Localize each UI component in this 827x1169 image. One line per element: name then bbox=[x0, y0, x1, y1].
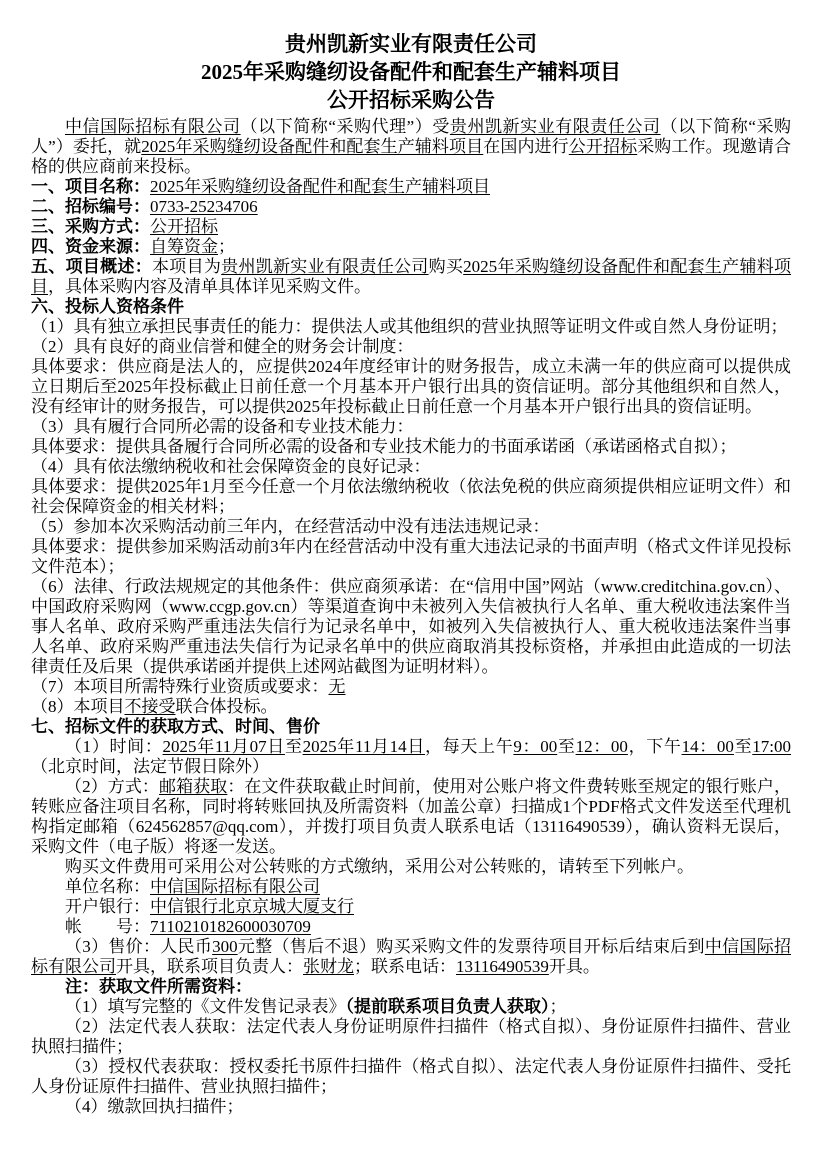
text-run: 二、招标编号： bbox=[31, 197, 150, 216]
text-run: （3）授权代表获取：授权委托书原件扫描件（格式自拟）、法定代表人身份证原件扫描件… bbox=[31, 1057, 791, 1096]
qualification-4-detail: 具体要求：提供2025年1月至今任意一个月依法缴纳税收（依法免税的供应商须提供相… bbox=[31, 477, 791, 517]
text-run: （3）具有履行合同所必需的设备和专业技术能力： bbox=[31, 417, 414, 436]
text-run: 具体要求：提供参加采购活动前3年内在经营活动中没有重大违法记录的书面声明（格式文… bbox=[31, 537, 791, 576]
account-bank: 开户银行：中信银行北京京城大厦支行 bbox=[31, 897, 791, 917]
text-run: 张财龙 bbox=[303, 957, 354, 976]
text-run: 无 bbox=[329, 677, 346, 696]
text-run: 开具。 bbox=[549, 957, 600, 976]
text-run: （2）具有良好的商业信誉和健全的财务会计制度： bbox=[31, 337, 414, 356]
text-run: （2）方式： bbox=[65, 777, 159, 796]
item-project-name: 一、项目名称：2025年采购缝纫设备配件和配套生产辅料项目 bbox=[31, 177, 791, 197]
qualification-7: （7）本项目所需特殊行业资质或要求：无 bbox=[31, 677, 791, 697]
text-run: （以下简称“采购代理”）受 bbox=[241, 117, 450, 136]
text-run: 具体要求：提供2025年1月至今任意一个月依法缴纳税收（依法免税的供应商须提供相… bbox=[31, 477, 791, 516]
text-run: 至 bbox=[557, 737, 575, 756]
qualification-5-detail: 具体要求：提供参加采购活动前3年内在经营活动中没有重大违法记录的书面声明（格式文… bbox=[31, 537, 791, 577]
qualification-2: （2）具有良好的商业信誉和健全的财务会计制度： bbox=[31, 337, 791, 357]
section-document-acquisition-heading: 七、招标文件的获取方式、时间、售价 bbox=[31, 717, 791, 737]
text-run: ，下午 bbox=[628, 737, 682, 756]
text-run: 中信国际招标有限公司 bbox=[65, 117, 241, 136]
required-materials-heading: 注：获取文件所需资料： bbox=[31, 977, 791, 997]
text-run: 公开招标 bbox=[569, 137, 637, 156]
account-unit-name: 单位名称：中信国际招标有限公司 bbox=[31, 877, 791, 897]
text-run: 2025年11月14日 bbox=[303, 737, 425, 756]
text-run: 四、资金来源： bbox=[31, 237, 150, 256]
text-run: （6）法律、行政法规规定的其他条件：供应商须承诺：在“信用中国”网站（www.c… bbox=[31, 577, 791, 676]
qualification-3: （3）具有履行合同所必需的设备和专业技术能力： bbox=[31, 417, 791, 437]
text-run: ，每天上午 bbox=[425, 737, 513, 756]
text-run: （1）填写完整的《文件发售记录表》 bbox=[65, 997, 346, 1016]
text-run: ； bbox=[218, 237, 235, 256]
text-run: 中信银行北京京城大厦支行 bbox=[150, 897, 354, 916]
text-run: 0733-25234706 bbox=[150, 197, 258, 216]
text-run: （5）参加本次采购活动前三年内，在经营活动中没有违法违规记录： bbox=[31, 517, 550, 536]
text-run: 购买 bbox=[429, 257, 464, 276]
text-run: （北京时间，法定节假日除外） bbox=[31, 757, 269, 776]
text-run: （7）本项目所需特殊行业资质或要求： bbox=[31, 677, 329, 696]
text-run: 贵州凯新实业有限责任公司 bbox=[221, 257, 428, 276]
text-run: 公开招标 bbox=[150, 217, 218, 236]
text-run: 七、招标文件的获取方式、时间、售价 bbox=[31, 717, 320, 736]
intro-paragraph: 中信国际招标有限公司（以下简称“采购代理”）受贵州凯新实业有限责任公司（以下简称… bbox=[31, 117, 791, 177]
text-run: 三、采购方式： bbox=[31, 217, 150, 236]
qualification-3-detail: 具体要求：提供具备履行合同所必需的设备和专业技术能力的书面承诺函（承诺函格式自拟… bbox=[31, 437, 791, 457]
title-line-company: 贵州凯新实业有限责任公司 bbox=[31, 30, 791, 58]
text-run: 至 bbox=[285, 737, 303, 756]
text-run: （8）本项目 bbox=[31, 697, 125, 716]
text-run: 元整（售后不退）购买采购文件的发票待项目开标后结束后到 bbox=[238, 937, 705, 956]
item-procurement-method: 三、采购方式：公开招标 bbox=[31, 217, 791, 237]
acquisition-method: （2）方式：邮箱获取：在文件获取截止时间前，使用对公账户将文件费转账至规定的银行… bbox=[31, 777, 791, 857]
acquisition-time: （1）时间：2025年11月07日至2025年11月14日，每天上午9：00至1… bbox=[31, 737, 791, 777]
text-run: 具体要求：提供具备履行合同所必需的设备和专业技术能力的书面承诺函（承诺函格式自拟… bbox=[31, 437, 737, 456]
qualification-4: （4）具有依法缴纳税收和社会保障资金的良好记录： bbox=[31, 457, 791, 477]
item-funding-source: 四、资金来源：自筹资金； bbox=[31, 237, 791, 257]
section-qualifications-heading: 六、投标人资格条件 bbox=[31, 297, 791, 317]
qualification-8: （8）本项目不接受联合体投标。 bbox=[31, 697, 791, 717]
text-run: 六、投标人资格条件 bbox=[31, 297, 184, 316]
item-project-overview: 五、项目概述：本项目为贵州凯新实业有限责任公司购买2025年采购缝纫设备配件和配… bbox=[31, 257, 791, 297]
text-run: （1）具有独立承担民事责任的能力：提供法人或其他组织的营业执照等证明文件或自然人… bbox=[31, 317, 788, 336]
text-run: 开具，联系项目负责人： bbox=[116, 957, 303, 976]
text-run: （2）法定代表人获取：法定代表人身份证明原件扫描件（格式自拟）、身份证原件扫描件… bbox=[31, 1017, 791, 1056]
text-run: 邮箱获取 bbox=[159, 777, 227, 796]
qualification-1: （1）具有独立承担民事责任的能力：提供法人或其他组织的营业执照等证明文件或自然人… bbox=[31, 317, 791, 337]
text-run: 联合体投标。 bbox=[176, 697, 278, 716]
text-run: 开户银行： bbox=[65, 897, 150, 916]
title-line-announcement: 公开招标采购公告 bbox=[31, 86, 791, 114]
text-run: 帐 号： bbox=[65, 917, 150, 936]
text-run: ；联系电话： bbox=[354, 957, 456, 976]
qualification-5: （5）参加本次采购活动前三年内，在经营活动中没有违法违规记录： bbox=[31, 517, 791, 537]
required-material-3: （3）授权代表获取：授权委托书原件扫描件（格式自拟）、法定代表人身份证原件扫描件… bbox=[31, 1057, 791, 1097]
text-run: 14：00 bbox=[682, 737, 734, 756]
text-run: 至 bbox=[734, 737, 752, 756]
text-run: 一、项目名称： bbox=[31, 177, 150, 196]
text-run: 具体要求：供应商是法人的，应提供2024年度经审计的财务报告，成立未满一年的供应… bbox=[31, 357, 791, 416]
text-run: 17:00 bbox=[752, 737, 791, 756]
text-run: 2025年采购缝纫设备配件和配套生产辅料项目 bbox=[141, 137, 483, 156]
qualification-2-detail: 具体要求：供应商是法人的，应提供2024年度经审计的财务报告，成立未满一年的供应… bbox=[31, 357, 791, 417]
text-run: 单位名称： bbox=[65, 877, 150, 896]
item-tender-number: 二、招标编号：0733-25234706 bbox=[31, 197, 791, 217]
text-run: 13116490539 bbox=[456, 957, 549, 976]
document-price: （3）售价：人民币300元整（售后不退）购买采购文件的发票待项目开标后结束后到中… bbox=[31, 937, 791, 977]
text-run: 五、项目概述： bbox=[31, 257, 152, 276]
qualification-6: （6）法律、行政法规规定的其他条件：供应商须承诺：在“信用中国”网站（www.c… bbox=[31, 577, 791, 677]
text-run: 注：获取文件所需资料： bbox=[65, 977, 252, 996]
text-run: 9：00 bbox=[513, 737, 557, 756]
text-run: ； bbox=[550, 997, 567, 1016]
document-page: 贵州凯新实业有限责任公司 2025年采购缝纫设备配件和配套生产辅料项目 公开招标… bbox=[0, 0, 827, 1169]
document-body: 中信国际招标有限公司（以下简称“采购代理”）受贵州凯新实业有限责任公司（以下简称… bbox=[31, 117, 791, 1117]
text-run: （3）售价：人民币 bbox=[65, 937, 212, 956]
title-line-project: 2025年采购缝纫设备配件和配套生产辅料项目 bbox=[31, 58, 791, 86]
text-run: （4）具有依法缴纳税收和社会保障资金的良好记录： bbox=[31, 457, 431, 476]
text-run: 本项目为 bbox=[152, 257, 221, 276]
text-run: 自筹资金 bbox=[150, 237, 218, 256]
text-run: （1）时间： bbox=[65, 737, 163, 756]
text-run: （4）缴款回执扫描件； bbox=[65, 1097, 244, 1116]
text-run: 贵州凯新实业有限责任公司 bbox=[450, 117, 661, 136]
account-number: 帐 号：7110210182600030709 bbox=[31, 917, 791, 937]
text-run: 300 bbox=[212, 937, 238, 956]
required-material-2: （2）法定代表人获取：法定代表人身份证明原件扫描件（格式自拟）、身份证原件扫描件… bbox=[31, 1017, 791, 1057]
required-material-4: （4）缴款回执扫描件； bbox=[31, 1097, 791, 1117]
text-run: 不接受 bbox=[125, 697, 176, 716]
required-material-1: （1）填写完整的《文件发售记录表》（提前联系项目负责人获取）； bbox=[31, 997, 791, 1017]
text-run: 中信国际招标有限公司 bbox=[150, 877, 320, 896]
text-run: 12：00 bbox=[576, 737, 628, 756]
text-run: ，具体采购内容及清单具体详见采购文件。 bbox=[48, 277, 371, 296]
text-run: 2025年采购缝纫设备配件和配套生产辅料项目 bbox=[150, 177, 490, 196]
text-run: 在国内进行 bbox=[483, 137, 569, 156]
text-run: （提前联系项目负责人获取） bbox=[346, 997, 550, 1016]
text-run: 购买文件费用可采用公对公转账的方式缴纳，采用公对公转账的，请转至下列帐户。 bbox=[65, 857, 694, 876]
text-run: 2025年11月07日 bbox=[163, 737, 285, 756]
document-title: 贵州凯新实业有限责任公司 2025年采购缝纫设备配件和配套生产辅料项目 公开招标… bbox=[31, 30, 791, 114]
payment-note: 购买文件费用可采用公对公转账的方式缴纳，采用公对公转账的，请转至下列帐户。 bbox=[31, 857, 791, 877]
text-run: 7110210182600030709 bbox=[150, 917, 311, 936]
